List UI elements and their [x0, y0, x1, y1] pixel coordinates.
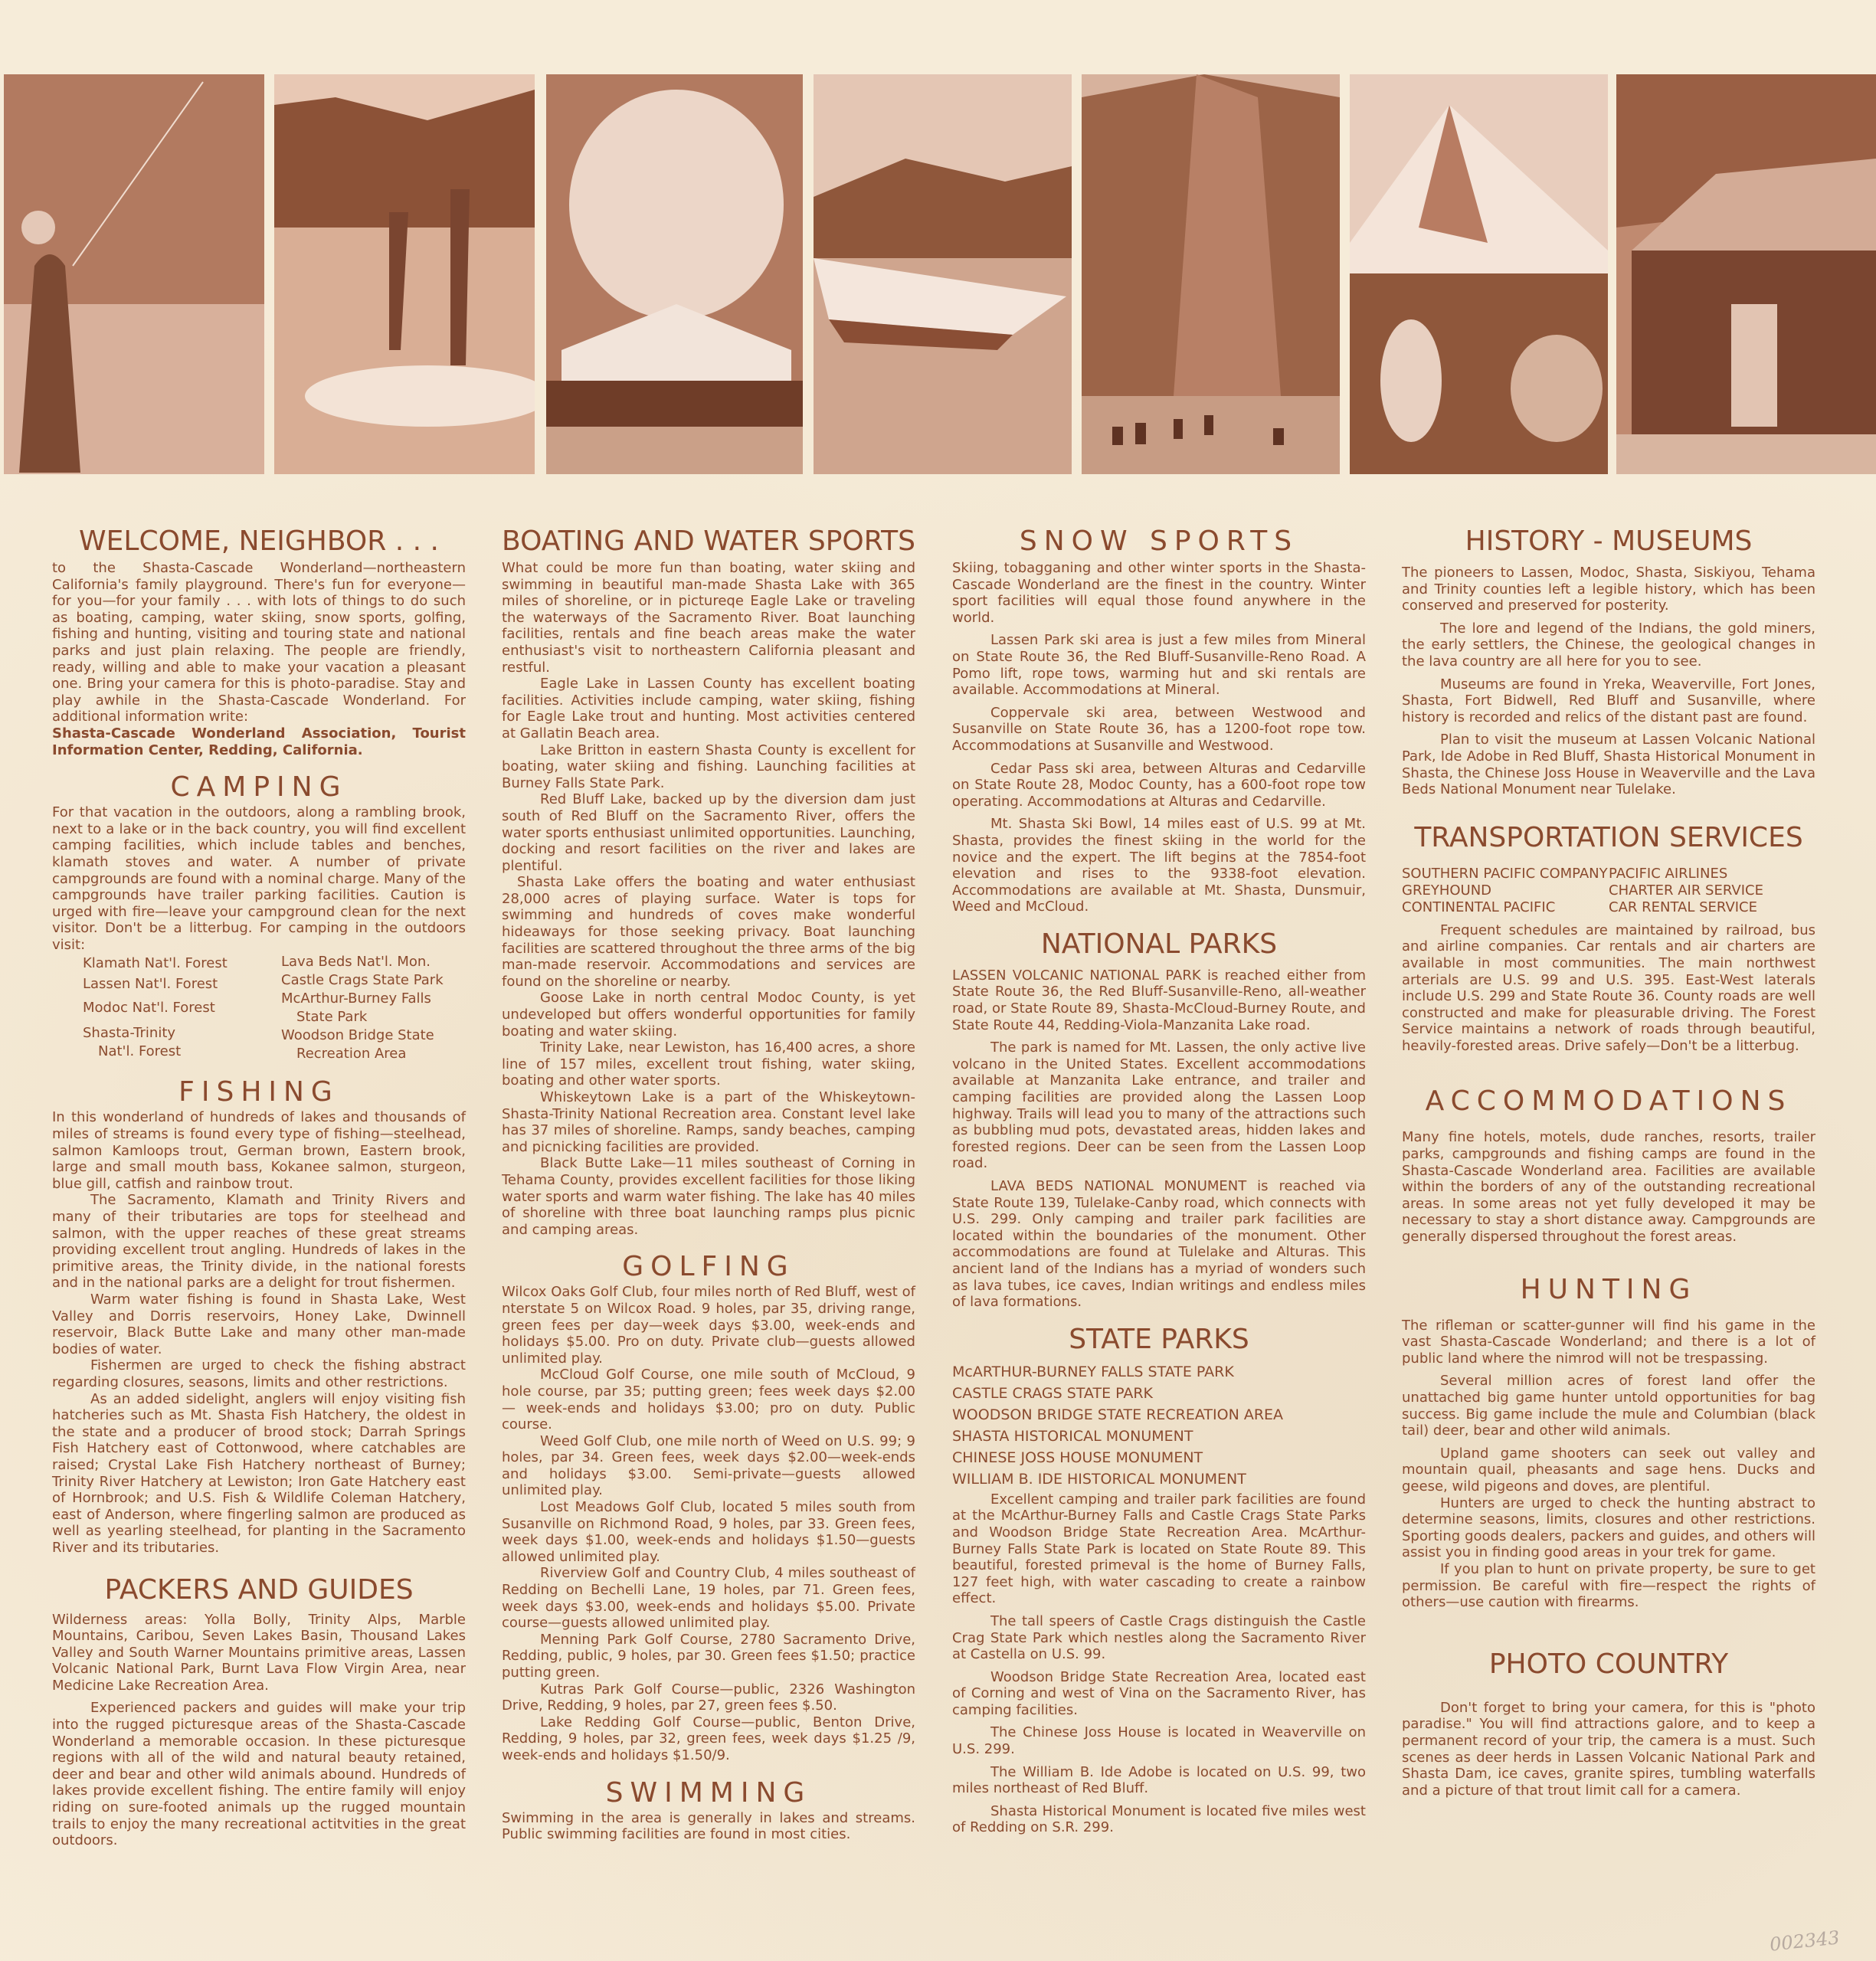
section-photo-country: PHOTO COUNTRY Don't forget to bring your…	[1402, 1648, 1815, 1799]
history-paragraph: The pioneers to Lassen, Modoc, Shasta, S…	[1402, 565, 1815, 614]
state-park-item: SHASTA HISTORICAL MONUMENT	[952, 1426, 1366, 1447]
section-boating: BOATING AND WATER SPORTS What could be m…	[502, 525, 915, 1238]
state-parks-heading: STATE PARKS	[952, 1323, 1366, 1357]
packers-heading: PACKERS AND GUIDES	[52, 1573, 466, 1607]
column-2: BOATING AND WATER SPORTS What could be m…	[502, 525, 915, 1843]
boating-paragraph: Goose Lake in north central Modoc County…	[502, 990, 915, 1039]
section-state-parks: STATE PARKS McARTHUR-BURNEY FALLS STATE …	[952, 1323, 1366, 1836]
section-packers-guides: PACKERS AND GUIDES Wilderness areas: Yol…	[52, 1573, 466, 1849]
golf-course-entry: Riverview Golf and Country Club, 4 miles…	[502, 1565, 915, 1631]
state-parks-paragraph: Shasta Historical Monument is located fi…	[952, 1803, 1366, 1836]
photo-water-skiing	[274, 74, 535, 474]
packers-paragraph: Experienced packers and guides will make…	[52, 1700, 466, 1848]
section-accommodations: ACCOMMODATIONS Many fine hotels, motels,…	[1402, 1085, 1815, 1245]
photo-fly-fishing	[4, 74, 264, 474]
transport-service: GREYHOUND	[1402, 882, 1609, 899]
snow-paragraph: Lassen Park ski area is just a few miles…	[952, 632, 1366, 698]
state-parks-list: McARTHUR-BURNEY FALLS STATE PARK CASTLE …	[952, 1361, 1366, 1490]
accommodations-heading: ACCOMMODATIONS	[1402, 1085, 1815, 1118]
golf-course-entry: Kutras Park Golf Course—public, 2326 Was…	[502, 1681, 915, 1714]
section-transportation: TRANSPORTATION SERVICES SOUTHERN PACIFIC…	[1402, 821, 1815, 1055]
transportation-services-list: SOUTHERN PACIFIC COMPANY PACIFIC AIRLINE…	[1402, 866, 1815, 916]
boating-paragraph: Shasta Lake offers the boating and water…	[502, 874, 915, 990]
hunting-paragraph: The rifleman or scatter-gunner will find…	[1402, 1318, 1815, 1367]
transport-service: PACIFIC AIRLINES	[1609, 866, 1815, 882]
photo-joss-house	[1616, 74, 1876, 474]
welcome-heading: WELCOME, NEIGHBOR . . .	[52, 525, 466, 558]
section-history: HISTORY - MUSEUMS The pioneers to Lassen…	[1402, 525, 1815, 798]
golfing-heading: GOLFING	[502, 1250, 915, 1284]
state-parks-paragraph: The tall speers of Castle Crags distingu…	[952, 1613, 1366, 1663]
state-parks-paragraph: Woodson Bridge State Recreation Area, lo…	[952, 1669, 1366, 1719]
section-golfing: GOLFING Wilcox Oaks Golf Club, four mile…	[502, 1250, 915, 1763]
camping-location: McArthur-Burney Falls	[281, 990, 466, 1008]
camping-location: State Park	[281, 1008, 466, 1026]
hunting-paragraph: Upland game shooters can seek out valley…	[1402, 1445, 1815, 1495]
state-parks-paragraph: The William B. Ide Adobe is located on U…	[952, 1764, 1366, 1797]
national-parks-paragraph: LASSEN VOLCANIC NATIONAL PARK is reached…	[952, 967, 1366, 1033]
photo-mt-lassen	[546, 74, 803, 474]
boating-paragraph: Red Bluff Lake, backed up by the diversi…	[502, 791, 915, 874]
photo-castle-crags	[1082, 74, 1340, 474]
state-parks-paragraph: The Chinese Joss House is located in Wea…	[952, 1724, 1366, 1757]
section-fishing: FISHING In this wonderland of hundreds o…	[52, 1075, 466, 1556]
camping-list-left: Klamath Nat'l. Forest Lassen Nat'l. Fore…	[83, 953, 267, 1063]
camping-location: Castle Crags State Park	[281, 971, 466, 990]
column-4: HISTORY - MUSEUMS The pioneers to Lassen…	[1402, 525, 1815, 1799]
camping-location: Lava Beds Nat'l. Mon.	[281, 953, 466, 971]
camping-body: For that vacation in the outdoors, along…	[52, 804, 466, 953]
national-parks-paragraph: The park is named for Mt. Lassen, the on…	[952, 1039, 1366, 1172]
boating-paragraph: Eagle Lake in Lassen County has excellen…	[502, 676, 915, 742]
snow-heading: SNOW SPORTS	[952, 525, 1366, 558]
fishing-paragraph: As an added sidelight, anglers will enjo…	[52, 1391, 466, 1557]
camping-heading: CAMPING	[52, 771, 466, 804]
section-camping: CAMPING For that vacation in the outdoor…	[52, 771, 466, 1063]
camping-list-right: Lava Beds Nat'l. Mon. Castle Crags State…	[281, 953, 466, 1063]
transport-service: CHARTER AIR SERVICE	[1609, 882, 1815, 899]
golf-course-entry: McCloud Golf Course, one mile south of M…	[502, 1367, 915, 1432]
state-park-item: CASTLE CRAGS STATE PARK	[952, 1383, 1366, 1404]
boating-paragraph: Black Butte Lake—11 miles southeast of C…	[502, 1155, 915, 1238]
archive-number: 002343	[1769, 1927, 1841, 1955]
boating-paragraph: Trinity Lake, near Lewiston, has 16,400 …	[502, 1039, 915, 1089]
section-welcome: WELCOME, NEIGHBOR . . . to the Shasta-Ca…	[52, 525, 466, 758]
history-paragraph: The lore and legend of the Indians, the …	[1402, 620, 1815, 670]
hunting-paragraph: If you plan to hunt on private property,…	[1402, 1561, 1815, 1611]
welcome-address: Shasta-Cascade Wonderland Association, T…	[52, 725, 466, 758]
camping-location: Klamath Nat'l. Forest	[83, 953, 267, 974]
state-park-item: WOODSON BRIDGE STATE RECREATION AREA	[952, 1404, 1366, 1426]
camping-location: Recreation Area	[281, 1045, 466, 1063]
photo-strip	[0, 74, 1876, 474]
transport-service: SOUTHERN PACIFIC COMPANY	[1402, 866, 1609, 882]
fishing-heading: FISHING	[52, 1075, 466, 1109]
state-parks-paragraph: Excellent camping and trailer park facil…	[952, 1491, 1366, 1607]
section-hunting: HUNTING The rifleman or scatter-gunner w…	[1402, 1273, 1815, 1611]
column-3: SNOW SPORTS Skiing, tobagganing and othe…	[952, 525, 1366, 1836]
camping-location: Nat'l. Forest	[83, 1043, 267, 1061]
history-paragraph: Plan to visit the museum at Lassen Volca…	[1402, 732, 1815, 797]
national-parks-heading: NATIONAL PARKS	[952, 928, 1366, 961]
snow-paragraph: Skiing, tobagganing and other winter spo…	[952, 560, 1366, 626]
golf-course-entry: Lost Meadows Golf Club, located 5 miles …	[502, 1499, 915, 1565]
transport-service: CONTINENTAL PACIFIC	[1402, 899, 1609, 916]
snow-paragraph: Mt. Shasta Ski Bowl, 14 miles east of U.…	[952, 816, 1366, 915]
golf-course-entry: Lake Redding Golf Course—public, Benton …	[502, 1714, 915, 1764]
boating-paragraph: Whiskeytown Lake is a part of the Whiske…	[502, 1089, 915, 1155]
camping-locations: Klamath Nat'l. Forest Lassen Nat'l. Fore…	[83, 953, 466, 1063]
packers-paragraph: Wilderness areas: Yolla Bolly, Trinity A…	[52, 1612, 466, 1694]
photo-country-body: Don't forget to bring your camera, for t…	[1402, 1700, 1815, 1799]
photo-mt-shasta	[1350, 74, 1608, 474]
golf-course-entry: Wilcox Oaks Golf Club, four miles north …	[502, 1284, 915, 1367]
swimming-body: Swimming in the area is generally in lak…	[502, 1810, 915, 1843]
national-parks-paragraph: LAVA BEDS NATIONAL MONUMENT is reached v…	[952, 1178, 1366, 1311]
fishing-paragraph: In this wonderland of hundreds of lakes …	[52, 1109, 466, 1192]
photo-country-heading: PHOTO COUNTRY	[1402, 1648, 1815, 1681]
hunting-heading: HUNTING	[1402, 1273, 1815, 1307]
golf-course-entry: Weed Golf Club, one mile north of Weed o…	[502, 1433, 915, 1499]
photo-speedboat	[814, 74, 1072, 474]
golf-course-entry: Menning Park Golf Course, 2780 Sacrament…	[502, 1632, 915, 1681]
section-national-parks: NATIONAL PARKS LASSEN VOLCANIC NATIONAL …	[952, 928, 1366, 1311]
boating-paragraph: What could be more fun than boating, wat…	[502, 560, 915, 676]
history-paragraph: Museums are found in Yreka, Weaverville,…	[1402, 676, 1815, 726]
camping-location: Shasta-Trinity	[83, 1024, 267, 1043]
boating-paragraph: Lake Britton in eastern Shasta County is…	[502, 742, 915, 792]
hunting-paragraph: Several million acres of forest land off…	[1402, 1373, 1815, 1439]
hunting-paragraph: Hunters are urged to check the hunting a…	[1402, 1495, 1815, 1561]
transportation-body: Frequent schedules are maintained by rai…	[1402, 922, 1815, 1055]
state-park-item: CHINESE JOSS HOUSE MONUMENT	[952, 1447, 1366, 1468]
section-swimming: SWIMMING Swimming in the area is general…	[502, 1776, 915, 1843]
camping-location: Lassen Nat'l. Forest	[83, 974, 267, 994]
section-snow-sports: SNOW SPORTS Skiing, tobagganing and othe…	[952, 525, 1366, 915]
fishing-paragraph: Warm water fishing is found in Shasta La…	[52, 1292, 466, 1357]
snow-paragraph: Cedar Pass ski area, between Alturas and…	[952, 761, 1366, 810]
welcome-body: to the Shasta-Cascade Wonderland—northea…	[52, 560, 466, 725]
column-1: WELCOME, NEIGHBOR . . . to the Shasta-Ca…	[52, 525, 466, 1849]
transportation-heading: TRANSPORTATION SERVICES	[1402, 821, 1815, 855]
transport-service: CAR RENTAL SERVICE	[1609, 899, 1815, 916]
state-park-item: WILLIAM B. IDE HISTORICAL MONUMENT	[952, 1468, 1366, 1490]
fishing-paragraph: Fishermen are urged to check the fishing…	[52, 1357, 466, 1390]
snow-paragraph: Coppervale ski area, between Westwood an…	[952, 705, 1366, 755]
swimming-heading: SWIMMING	[502, 1776, 915, 1810]
boating-heading: BOATING AND WATER SPORTS	[502, 525, 915, 558]
camping-location: Modoc Nat'l. Forest	[83, 997, 267, 1018]
fishing-paragraph: The Sacramento, Klamath and Trinity Rive…	[52, 1192, 466, 1292]
state-park-item: McARTHUR-BURNEY FALLS STATE PARK	[952, 1361, 1366, 1383]
accommodations-body: Many fine hotels, motels, dude ranches, …	[1402, 1129, 1815, 1245]
history-heading: HISTORY - MUSEUMS	[1402, 525, 1815, 558]
camping-location: Woodson Bridge State	[281, 1026, 466, 1045]
